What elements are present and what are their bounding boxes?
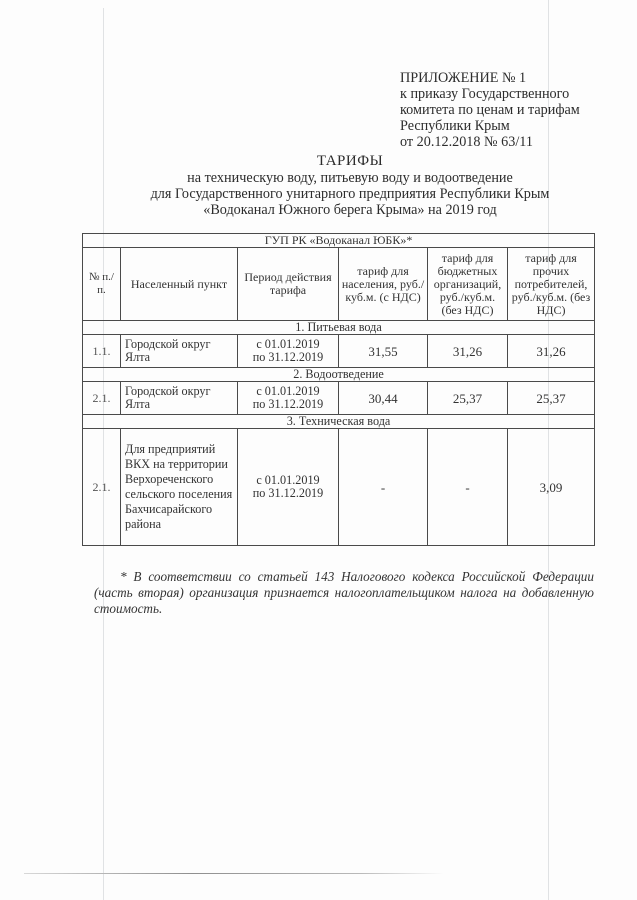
header-population-tariff: тариф для населения, руб./куб.м. (с НДС) xyxy=(339,248,428,321)
row-other-tariff: 31,26 xyxy=(508,335,595,368)
footnote-text: * В соответствии со статьей 143 Налогово… xyxy=(94,569,594,617)
section-row-drinking-water: 1. Питьевая вода xyxy=(83,321,595,335)
header-locality: Населенный пункт xyxy=(121,248,238,321)
period-to: по 31.12.2019 xyxy=(240,351,336,364)
row-number: 1.1. xyxy=(83,335,121,368)
table-row: 2.1. Для предприятий ВКХ на территории В… xyxy=(83,429,595,546)
row-population-tariff: 31,55 xyxy=(339,335,428,368)
section-title: 3. Техническая вода xyxy=(83,415,595,429)
row-number: 2.1. xyxy=(83,429,121,546)
document-subtitle-line: «Водоканал Южного берега Крыма» на 2019 … xyxy=(100,202,600,218)
row-locality: Городской округ Ялта xyxy=(121,335,238,368)
row-period: с 01.01.2019 по 31.12.2019 xyxy=(238,335,339,368)
appendix-line: к приказу Государственного xyxy=(400,86,580,102)
appendix-line: комитета по ценам и тарифам xyxy=(400,102,580,118)
organization-name: ГУП РК «Водоканал ЮБК»* xyxy=(83,234,595,248)
document-subtitle-line: на техническую воду, питьевую воду и вод… xyxy=(100,170,600,186)
row-population-tariff: 30,44 xyxy=(339,382,428,415)
period-to: по 31.12.2019 xyxy=(240,487,336,500)
tariffs-table: ГУП РК «Водоканал ЮБК»* № п./п. Населенн… xyxy=(82,233,595,546)
document-subtitle-line: для Государственного унитарного предприя… xyxy=(100,186,600,202)
row-other-tariff: 25,37 xyxy=(508,382,595,415)
appendix-line: от 20.12.2018 № 63/11 xyxy=(400,134,580,150)
row-locality: Для предприятий ВКХ на территории Верхор… xyxy=(121,429,238,546)
document-title-block: ТАРИФЫ на техническую воду, питьевую вод… xyxy=(100,153,600,218)
row-locality: Городской округ Ялта xyxy=(121,382,238,415)
appendix-line: Республики Крым xyxy=(400,118,580,134)
row-budget-tariff: - xyxy=(428,429,508,546)
table-row: 2.1. Городской округ Ялта с 01.01.2019 п… xyxy=(83,382,595,415)
period-to: по 31.12.2019 xyxy=(240,398,336,411)
header-period: Период действия тарифа xyxy=(238,248,339,321)
row-other-tariff: 3,09 xyxy=(508,429,595,546)
row-budget-tariff: 31,26 xyxy=(428,335,508,368)
header-number: № п./п. xyxy=(83,248,121,321)
organization-row: ГУП РК «Водоканал ЮБК»* xyxy=(83,234,595,248)
scan-artifact-line xyxy=(24,873,444,874)
row-period: с 01.01.2019 по 31.12.2019 xyxy=(238,429,339,546)
row-period: с 01.01.2019 по 31.12.2019 xyxy=(238,382,339,415)
section-row-wastewater: 2. Водоотведение xyxy=(83,368,595,382)
section-row-technical-water: 3. Техническая вода xyxy=(83,415,595,429)
header-other-tariff: тариф для прочих потребителей, руб./куб.… xyxy=(508,248,595,321)
appendix-line: ПРИЛОЖЕНИЕ № 1 xyxy=(400,70,580,86)
row-number: 2.1. xyxy=(83,382,121,415)
row-population-tariff: - xyxy=(339,429,428,546)
section-title: 2. Водоотведение xyxy=(83,368,595,382)
table-header-row: № п./п. Населенный пункт Период действия… xyxy=(83,248,595,321)
section-title: 1. Питьевая вода xyxy=(83,321,595,335)
row-budget-tariff: 25,37 xyxy=(428,382,508,415)
appendix-header: ПРИЛОЖЕНИЕ № 1 к приказу Государственног… xyxy=(400,70,580,150)
header-budget-tariff: тариф для бюджетных организаций, руб./ку… xyxy=(428,248,508,321)
document-title: ТАРИФЫ xyxy=(100,153,600,169)
table-row: 1.1. Городской округ Ялта с 01.01.2019 п… xyxy=(83,335,595,368)
footnote: * В соответствии со статьей 143 Налогово… xyxy=(94,569,594,617)
